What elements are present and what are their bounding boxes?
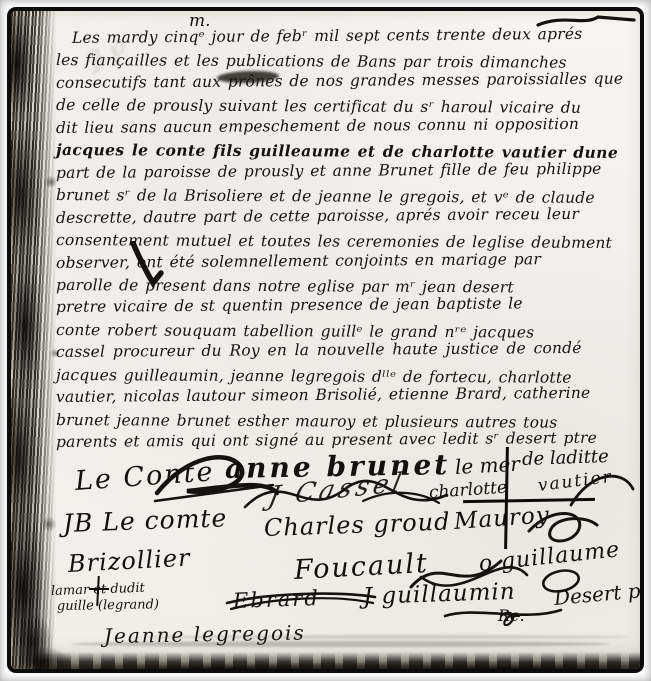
cross-mark-icon xyxy=(89,588,109,590)
scan-border-frame: ℬ℘ ∼∼ m. Les mardy cinqᵉ jour de febʳ mi… xyxy=(7,7,644,673)
page-edge-shadow xyxy=(71,641,610,647)
signature-jb-le-comte: JB Le comte xyxy=(62,503,227,538)
manuscript-line: Les mardy cinqᵉ jour de febʳ mil sept ce… xyxy=(56,22,634,49)
page-edge-shadow xyxy=(131,635,630,639)
page-bottom-edge xyxy=(35,651,640,669)
strike-flourish xyxy=(225,585,379,617)
manuscript-line: consecutifs tant aux prônes de nos grand… xyxy=(56,67,634,94)
paraph-flourish xyxy=(567,463,639,511)
scanned-register-page: ℬ℘ ∼∼ m. Les mardy cinqᵉ jour de febʳ mi… xyxy=(0,0,651,681)
manuscript-line: descrette, dautre part de cette paroisse… xyxy=(56,202,634,229)
signature-re-initials: Re. xyxy=(498,606,525,625)
signature-charles-groud: Charles groud xyxy=(264,507,451,541)
manuscript-line: part de la paroisse de prously et anne B… xyxy=(56,157,634,184)
cross-mark-icon xyxy=(504,447,508,549)
signature-brizollier: Brizollier xyxy=(67,544,191,578)
manuscript-line: pretre vicaire de st quentin presence de… xyxy=(56,292,634,319)
ink-correction-stroke xyxy=(127,241,167,289)
signature-mark-note: le mer xyxy=(454,452,520,479)
manuscript-line: dit lieu sans aucun empeschement de nous… xyxy=(56,112,634,139)
binding-blotches xyxy=(11,11,81,669)
paper-background: ℬ℘ ∼∼ m. Les mardy cinqᵉ jour de febʳ mi… xyxy=(11,11,640,669)
manuscript-line: cassel procureur du Roy en la nouvelle h… xyxy=(56,337,634,364)
manuscript-line: vautier, nicolas lautour simeon Brisolié… xyxy=(56,382,634,409)
